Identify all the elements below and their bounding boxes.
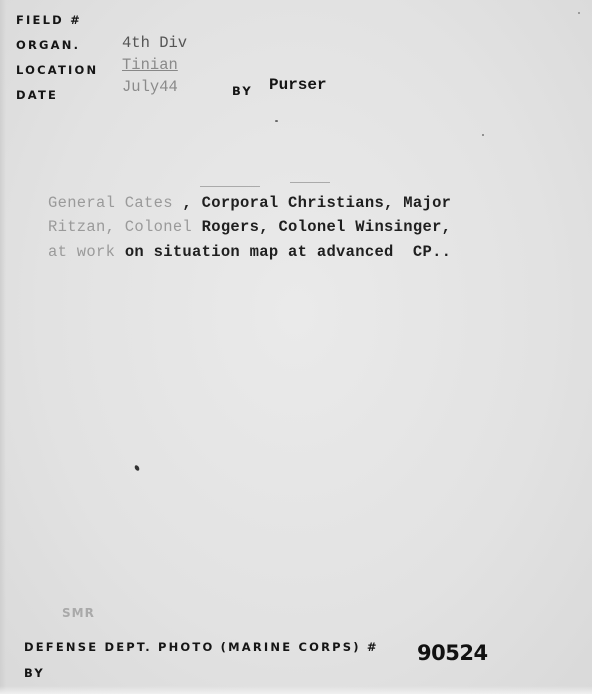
ink-speck: [200, 186, 260, 187]
photo-credit-label: DEFENSE DEPT. PHOTO (MARINE CORPS) #: [24, 640, 379, 654]
field-number-label: FIELD #: [16, 13, 82, 27]
photographer-name: Purser: [269, 76, 327, 94]
location-value: Tinian: [122, 56, 178, 74]
photo-number: 90524: [417, 641, 488, 665]
initials-stamp: SMR: [62, 606, 95, 620]
location-label: LOCATION: [16, 63, 98, 77]
caption-faded-text: General Cates: [48, 194, 173, 212]
caption-text: on situation map at advanced CP..: [115, 243, 451, 261]
date-label: DATE: [16, 88, 58, 102]
caption-card: FIELD # ORGAN. LOCATION DATE 4th Div Tin…: [0, 0, 592, 694]
photographer-by-label: BY: [232, 84, 253, 98]
caption-faded-text: Ritzan, Colonel: [48, 218, 192, 236]
date-value: July44: [122, 78, 178, 96]
organization-value: 4th Div: [122, 34, 187, 52]
caption-faded-text: at work: [48, 243, 115, 261]
ink-speck: [578, 12, 580, 14]
caption-text: Rogers, Colonel Winsinger,: [192, 218, 451, 236]
card-bottom-edge: [0, 686, 592, 694]
ink-speck: [134, 464, 140, 471]
ink-speck: [290, 182, 330, 183]
caption-line: at work on situation map at advanced CP.…: [48, 243, 451, 261]
caption-text: , Corporal Christians, Major: [173, 194, 451, 212]
footer-by-label: BY: [24, 666, 45, 680]
ink-speck: [275, 120, 278, 122]
caption-line: Ritzan, Colonel Rogers, Colonel Winsinge…: [48, 218, 451, 236]
organization-label: ORGAN.: [16, 38, 80, 52]
ink-speck: [482, 134, 484, 136]
caption-line: General Cates , Corporal Christians, Maj…: [48, 194, 451, 212]
paper-specks: [0, 0, 592, 694]
card-edge-shadow: [0, 0, 6, 694]
